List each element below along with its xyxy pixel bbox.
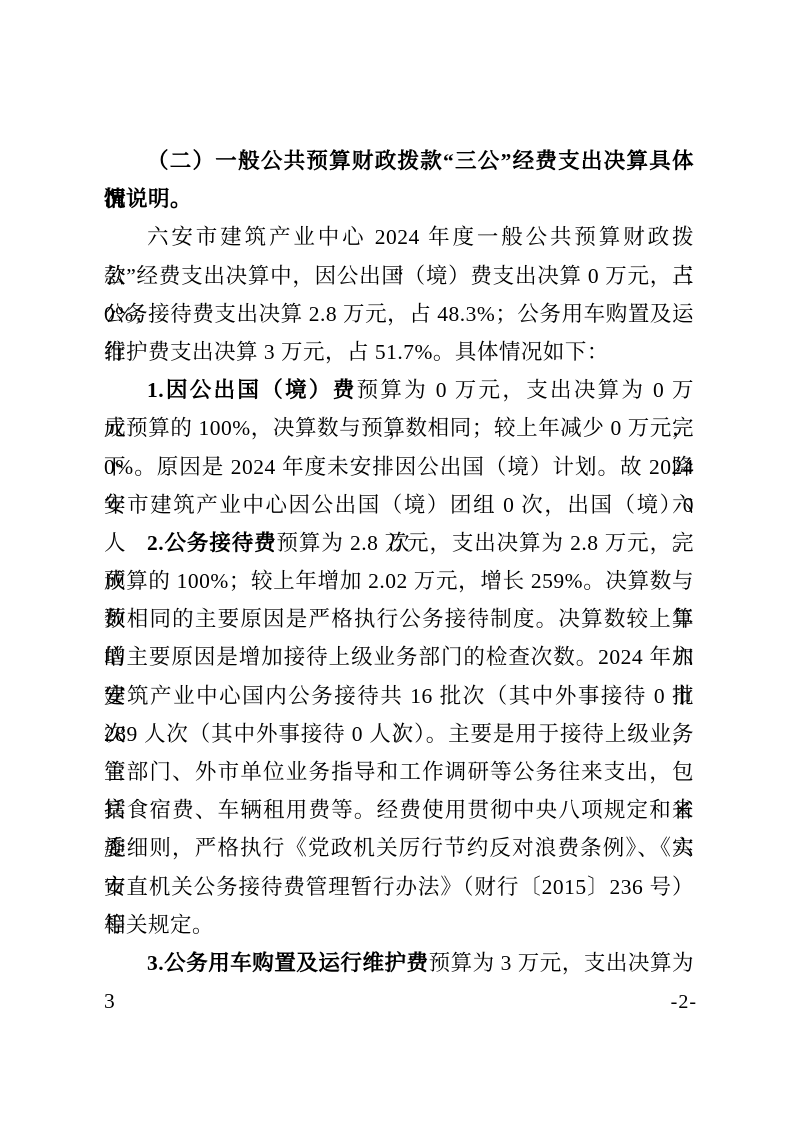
text-line: 宾食宿费、车辆租用费等。经费使用贯彻中央八项规定和省委实: [104, 791, 694, 829]
text-line: 建筑产业中心国内公务接待共 16 批次（其中外事接待 0 批次），: [104, 677, 694, 715]
text-line: 0%。原因是 2024 年度未安排因公出国（境）计划。故 2024 年六: [104, 448, 694, 486]
text-line: 施细则，严格执行《党政机关厉行节约反对浪费条例》、《六安: [104, 829, 694, 867]
text-line: 管部门、外市单位业务指导和工作调研等公务往来支出，包括来: [104, 753, 694, 791]
line-text: 相关规定。: [104, 913, 214, 937]
text-line: 预算的 100%；较上年增加 2.02 万元，增长 259%。决算数与预算: [104, 562, 694, 600]
text-line: 市直机关公务接待费管理暂行办法》（财行〔2015〕236 号）等: [104, 868, 694, 906]
item-title-text: 3.公务用车购置及运行维护费: [147, 951, 429, 975]
document-page: （二）一般公共预算财政拨款“三公”经费支出决算具体情 况说明。 六安市建筑产业中…: [0, 0, 793, 1122]
item-title-text: 2.公务接待费: [147, 531, 277, 555]
numbered-item-line: 3.公务用车购置及运行维护费预算为 3 万元，支出决算为 3: [104, 944, 694, 982]
text-line: 公”经费支出决算中，因公出国（境）费支出决算 0 万元，占 0%；: [104, 257, 694, 295]
document-body: （二）一般公共预算财政拨款“三公”经费支出决算具体情 况说明。 六安市建筑产业中…: [104, 142, 694, 982]
text-line: 的主要原因是增加接待上级业务部门的检查次数。2024 年六安市: [104, 638, 694, 676]
text-line: 公务接待费支出决算 2.8 万元，占 48.3%；公务用车购置及运行: [104, 295, 694, 333]
text-line: 数相同的主要原因是严格执行公务接待制度。决算数较上年增加: [104, 600, 694, 638]
text-line: 成预算的 100%，决算数与预算数相同；较上年减少 0 万元，下降: [104, 409, 694, 447]
section-heading-line: （二）一般公共预算财政拨款“三公”经费支出决算具体情: [104, 142, 694, 180]
item-title-text: 1.因公出国（境）费: [147, 378, 357, 402]
section-heading-line: 况说明。: [104, 180, 694, 218]
line-text: 维护费支出决算 3 万元，占 51.7%。具体情况如下：: [104, 340, 609, 364]
text-line: 维护费支出决算 3 万元，占 51.7%。具体情况如下：: [104, 333, 694, 371]
text-line: 289 人次（其中外事接待 0 人次）。主要是用于接待上级业务主: [104, 715, 694, 753]
numbered-item-line: 2.公务接待费预算为 2.8 万元，支出决算为 2.8 万元，完成: [104, 524, 694, 562]
text-line: 六安市建筑产业中心 2024 年度一般公共预算财政拨款“三: [104, 218, 694, 256]
page-number: -2-: [671, 990, 697, 1014]
text-line: 相关规定。: [104, 906, 694, 944]
numbered-item-line: 1.因公出国（境）费预算为 0 万元，支出决算为 0 万元，完: [104, 371, 694, 409]
heading-text: 况说明。: [104, 187, 192, 211]
text-line: 安市建筑产业中心因公出国（境）团组 0 次，出国（境）0 人次。: [104, 486, 694, 524]
